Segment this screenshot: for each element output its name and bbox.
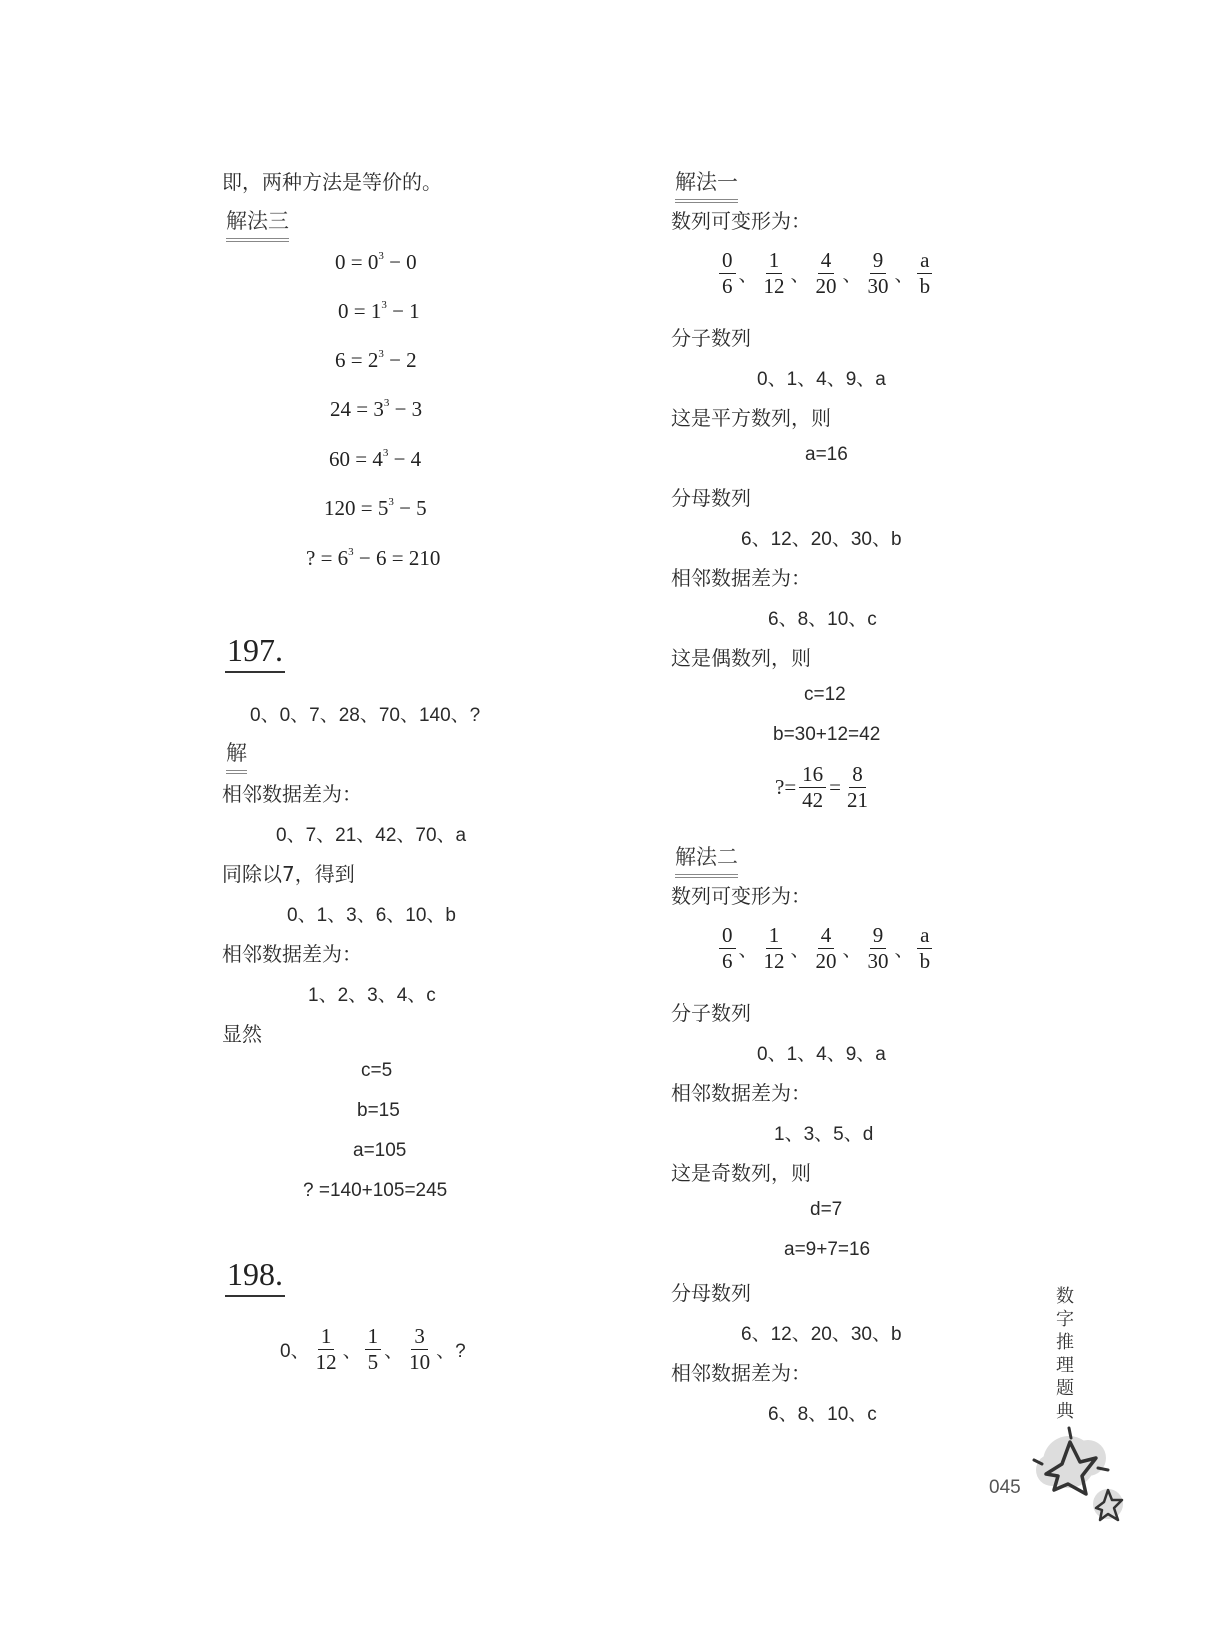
text-line: 相邻数据差为： <box>222 938 362 967</box>
fraction: 930 <box>865 923 892 974</box>
text-line: d=7 <box>810 1199 842 1221</box>
method1-heading: 解法一 <box>675 166 738 203</box>
text-line: 1、2、3、4、c <box>308 980 436 1007</box>
fraction: 15 <box>365 1324 382 1375</box>
method1-result: ?= 1642 = 821 <box>775 762 874 813</box>
text-line: 相邻数据差为： <box>671 1077 811 1106</box>
text-line: ? =140+105=245 <box>303 1180 447 1202</box>
fraction: 420 <box>813 923 840 974</box>
text-line: 这是奇数列，则 <box>671 1157 811 1186</box>
text-line: 分母数列 <box>671 482 751 511</box>
text-line: 0、1、4、9、a <box>757 364 886 391</box>
text-line: c=12 <box>804 684 846 706</box>
text-line: 这是偶数列，则 <box>671 642 811 671</box>
text-line: b=30+12=42 <box>773 724 880 746</box>
text-line: 0、1、4、9、a <box>757 1039 886 1066</box>
text-line: a=9+7=16 <box>784 1239 870 1261</box>
fraction: 310 <box>406 1324 433 1375</box>
page-number: 045 <box>989 1477 1021 1499</box>
problem-197-sequence: 0、0、7、28、70、140、? <box>250 700 480 727</box>
text-line: 数列可变形为： <box>671 880 811 909</box>
book-title-vertical: 数字推理题典 <box>1050 1286 1076 1424</box>
text-line: 显然 <box>222 1018 262 1047</box>
fraction: 420 <box>813 248 840 299</box>
text-line: 相邻数据差为： <box>671 1357 811 1386</box>
text-line: 0、7、21、42、70、a <box>276 820 466 847</box>
intro-text: 即，两种方法是等价的。 <box>222 166 442 195</box>
equation: 60 = 43 − 4 <box>329 447 421 472</box>
equation: 120 = 53 − 5 <box>324 496 427 521</box>
method3-heading: 解法三 <box>226 205 289 242</box>
text-line: 分子数列 <box>671 997 751 1026</box>
solution-heading: 解 <box>226 737 247 774</box>
fraction-sequence: 06、 112、 420、 930、 ab <box>716 248 936 299</box>
text-line: 1、3、5、d <box>774 1119 873 1146</box>
fraction: 06 <box>719 248 736 299</box>
fraction: 930 <box>865 248 892 299</box>
text-line: 0、1、3、6、10、b <box>287 900 456 927</box>
problem-198-sequence: 0、 112、 15、 310、? <box>280 1324 466 1375</box>
text-line: 相邻数据差为： <box>671 562 811 591</box>
fraction: 112 <box>761 923 788 974</box>
text-line: 6、12、20、30、b <box>741 1319 902 1346</box>
equation: 24 = 33 − 3 <box>330 397 422 422</box>
method2-heading: 解法二 <box>675 841 738 878</box>
text-line: 同除以7，得到 <box>222 858 355 887</box>
fraction-sequence: 06、 112、 420、 930、 ab <box>716 923 936 974</box>
equation: 0 = 03 − 0 <box>335 250 417 275</box>
text-line: 相邻数据差为： <box>222 778 362 807</box>
text-line: a=16 <box>805 444 848 466</box>
text-line: 6、8、10、c <box>768 1399 877 1426</box>
starburst-icon <box>1024 1424 1134 1538</box>
text-line: 分母数列 <box>671 1277 751 1306</box>
term: 0、 <box>280 1336 310 1363</box>
equation: 6 = 23 − 2 <box>335 348 417 373</box>
equation: 0 = 13 − 1 <box>338 299 420 324</box>
text-line: b=15 <box>357 1100 400 1122</box>
fraction: ab <box>917 923 934 974</box>
problem-number-198: 198. <box>225 1256 285 1297</box>
text-line: 这是平方数列，则 <box>671 402 831 431</box>
problem-number-197: 197. <box>225 632 285 673</box>
text-line: c=5 <box>361 1060 392 1082</box>
text-line: a=105 <box>353 1140 406 1162</box>
fraction: 112 <box>313 1324 340 1375</box>
fraction: 112 <box>761 248 788 299</box>
text-line: 6、8、10、c <box>768 604 877 631</box>
text-line: 6、12、20、30、b <box>741 524 902 551</box>
text-line: 数列可变形为： <box>671 205 811 234</box>
equation: ? = 63 − 6 = 210 <box>306 546 440 571</box>
fraction: 06 <box>719 923 736 974</box>
fraction: ab <box>917 248 934 299</box>
text-line: 分子数列 <box>671 322 751 351</box>
